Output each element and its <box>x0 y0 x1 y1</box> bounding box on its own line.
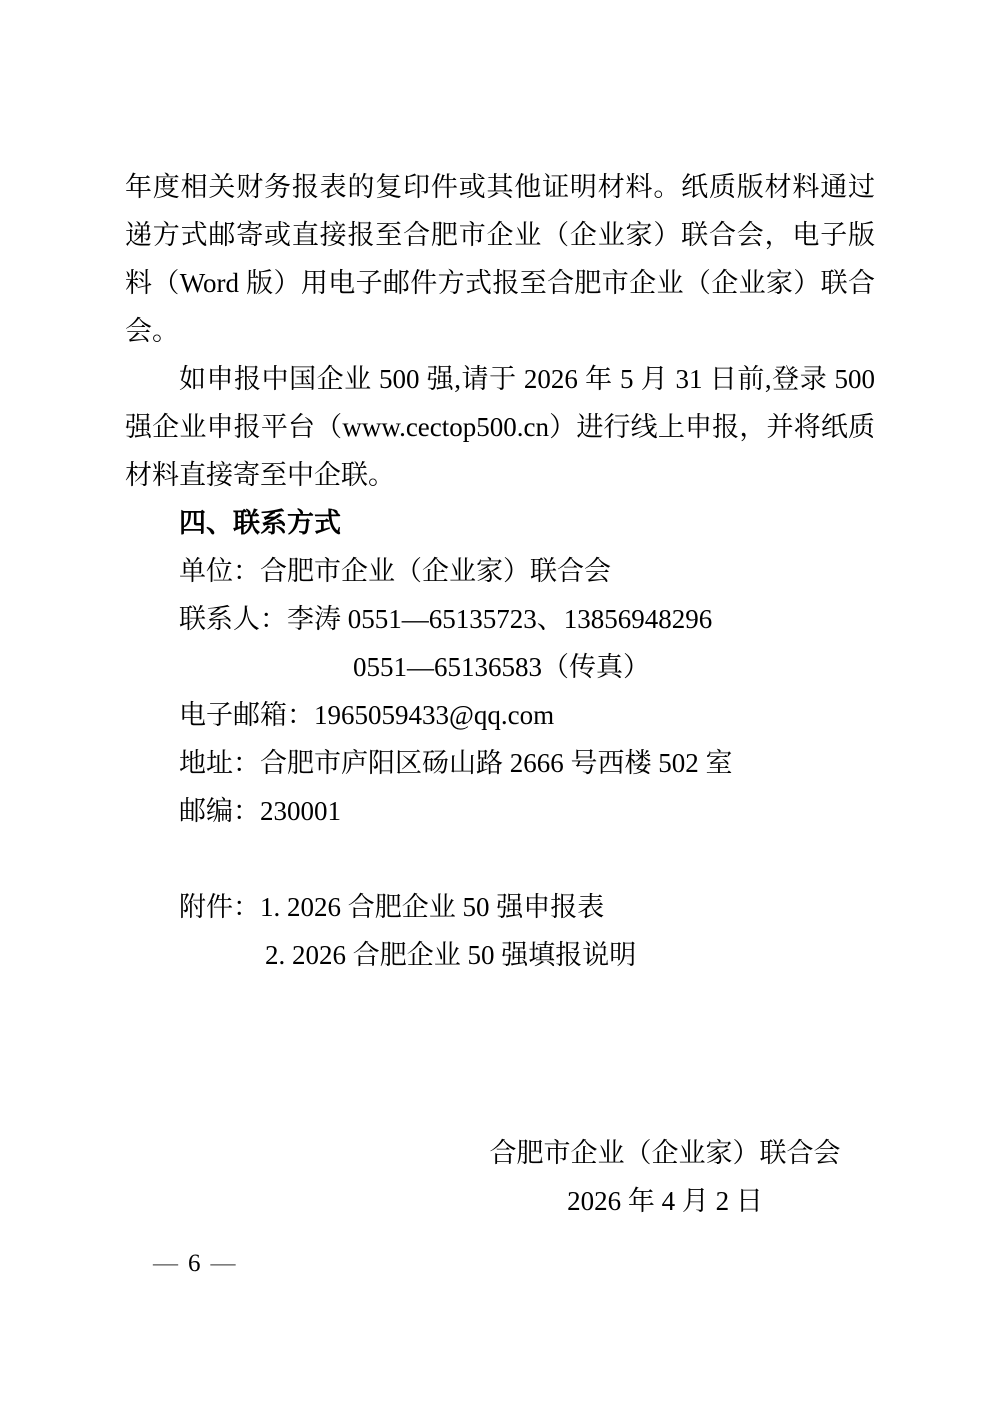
attachments-line1: 附件：1. 2026 合肥企业 50 强申报表 <box>125 883 875 931</box>
page-number-dash-right: — <box>201 1250 246 1277</box>
signature-block: 合肥市企业（企业家）联合会 2026 年 4 月 2 日 <box>125 1129 875 1225</box>
page-number-value: 6 <box>188 1250 201 1277</box>
paragraph2-line2: 强企业申报平台（www.cectop500.cn）进行线上申报，并将纸质 <box>125 403 875 451</box>
paragraph1-line4: 会。 <box>125 307 875 355</box>
contact-fax: 0551—65136583（传真） <box>125 643 875 691</box>
contact-unit: 单位：合肥市企业（企业家）联合会 <box>125 547 875 595</box>
contact-postcode: 邮编：230001 <box>125 787 875 835</box>
page-number-dash-left: — <box>143 1250 188 1277</box>
paragraph2-line1: 如申报中国企业 500 强,请于 2026 年 5 月 31 日前,登录 500 <box>125 355 875 403</box>
document-page: 年度相关财务报表的复印件或其他证明材料。纸质版材料通过快 递方式邮寄或直接报至合… <box>0 0 1000 1414</box>
contact-person: 联系人：李涛 0551—65135723、13856948296 <box>125 595 875 643</box>
signature-date: 2026 年 4 月 2 日 <box>455 1177 875 1225</box>
paragraph1-line3: 料（Word 版）用电子邮件方式报至合肥市企业（企业家）联合 <box>125 259 875 307</box>
paragraph2-line3: 材料直接寄至中企联。 <box>125 451 875 499</box>
signature-organization: 合肥市企业（企业家）联合会 <box>455 1129 875 1177</box>
attachments-line2: 2. 2026 合肥企业 50 强填报说明 <box>125 931 875 979</box>
document-body: 年度相关财务报表的复印件或其他证明材料。纸质版材料通过快 递方式邮寄或直接报至合… <box>125 163 875 1225</box>
page-number: —6— <box>143 1248 246 1280</box>
contact-address: 地址：合肥市庐阳区砀山路 2666 号西楼 502 室 <box>125 739 875 787</box>
paragraph1-line2: 递方式邮寄或直接报至合肥市企业（企业家）联合会，电子版材 <box>125 211 875 259</box>
spacer <box>125 835 875 883</box>
paragraph1-line1: 年度相关财务报表的复印件或其他证明材料。纸质版材料通过快 <box>125 163 875 211</box>
section-heading-contact: 四、联系方式 <box>125 499 875 547</box>
contact-email: 电子邮箱：1965059433@qq.com <box>125 691 875 739</box>
